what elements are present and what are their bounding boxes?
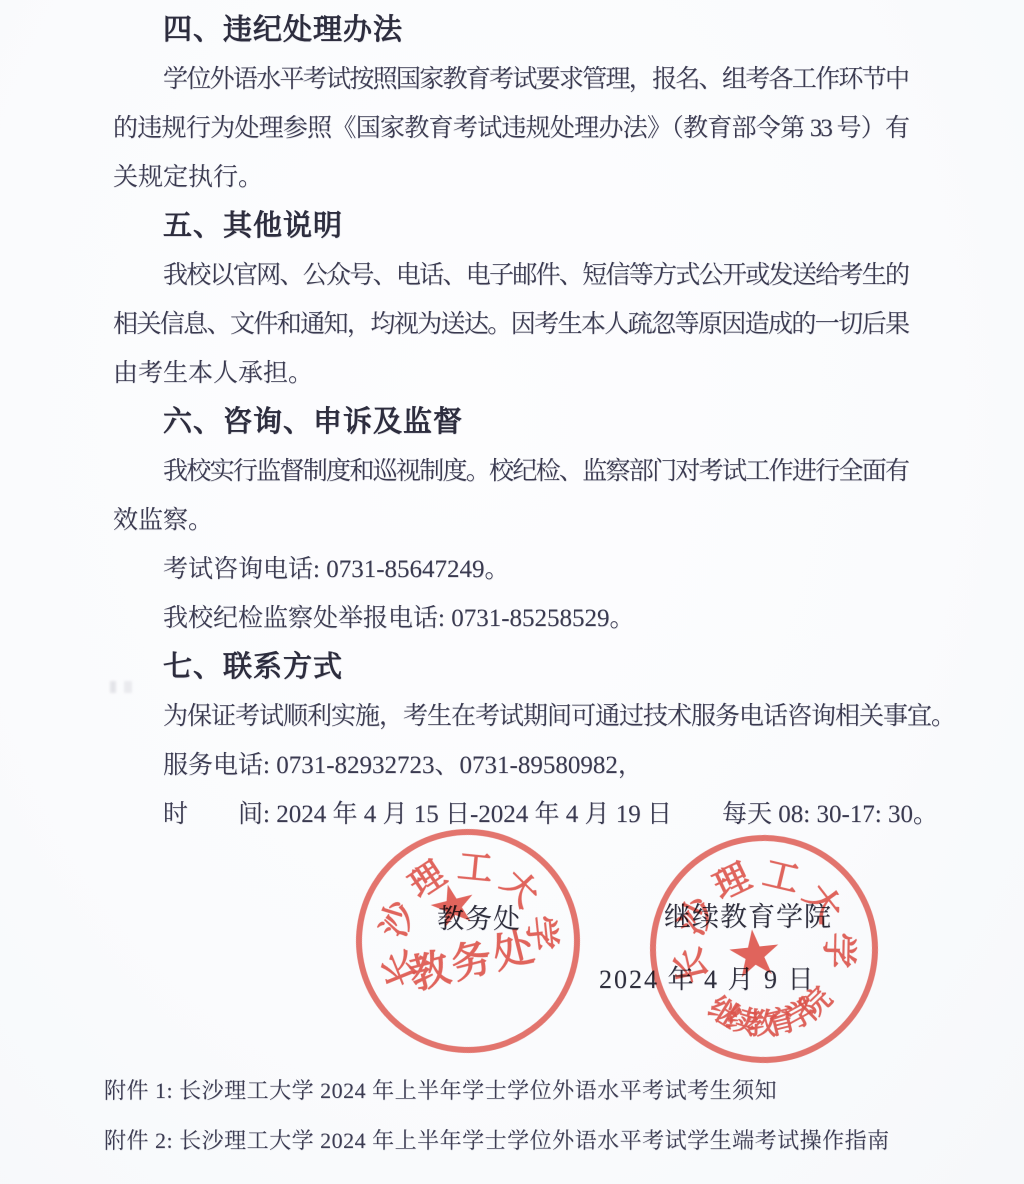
section-heading-5: 五、其他说明 bbox=[113, 202, 908, 251]
seal-star-icon: ★ bbox=[723, 920, 787, 990]
attachment-2: 附件 2: 长沙理工大学 2024 年上半年学士学位外语水平考试学生端考试操作指… bbox=[104, 1124, 890, 1155]
section-heading-6: 六、咨询、申诉及监督 bbox=[113, 398, 908, 447]
scan-artifact bbox=[110, 681, 156, 693]
section-heading-7: 七、联系方式 bbox=[113, 643, 908, 692]
seal-ring-char: 学 bbox=[815, 932, 867, 969]
body-line: 我校以官网、公众号、电话、电子邮件、短信等方式公开或发送给考生的 bbox=[113, 251, 908, 300]
exam-consult-phone-line: 考试咨询电话: 0731-85647249。 bbox=[113, 545, 908, 594]
body-line: 我校实行监督制度和巡视制度。校纪检、监察部门对考试工作进行全面有 bbox=[113, 447, 908, 496]
document-body: 四、违纪处理办法 学位外语水平考试按照国家教育考试要求管理，报名、组考各工作环节… bbox=[113, 0, 908, 839]
body-line: 学位外语水平考试按照国家教育考试要求管理，报名、组考各工作环节中 bbox=[113, 55, 908, 104]
seal-ring-char: 长 bbox=[660, 943, 718, 990]
official-seal-continuing-education: 长沙理工大学★继续教育学院 bbox=[639, 824, 890, 1075]
seal-ring-char: 大 bbox=[794, 872, 856, 932]
body-line: 由考生本人承担。 bbox=[113, 349, 908, 398]
service-phone-line: 服务电话: 0731-82932723、0731-89580982， bbox=[113, 741, 908, 790]
attachment-1: 附件 1: 长沙理工大学 2024 年上半年学士学位外语水平考试考生须知 bbox=[104, 1074, 777, 1105]
seal-ring-char: 沙 bbox=[366, 894, 424, 942]
body-line: 的违规行为处理参照《国家教育考试违规处理办法》（教育部令第 33 号）有 bbox=[113, 104, 908, 153]
service-time-line: 时 间: 2024 年 4 月 15 日-2024 年 4 月 19 日 每天 … bbox=[113, 790, 908, 839]
official-seal-academic-affairs: 长沙理工大学★教务处 bbox=[332, 805, 604, 1077]
seal-name-text: 教务处 bbox=[403, 914, 542, 1001]
seal-ring-char: 理 bbox=[704, 849, 758, 911]
section-heading-4: 四、违纪处理办法 bbox=[113, 6, 908, 55]
seal-ring-char: 大 bbox=[492, 857, 552, 917]
seal-ring-char: 沙 bbox=[664, 888, 726, 943]
body-line: 效监察。 bbox=[113, 496, 908, 545]
body-line: 相关信息、文件和通知，均视为送达。因考生本人疏忽等原因造成的一切后果 bbox=[113, 300, 908, 349]
scanned-document-page: 四、违纪处理办法 学位外语水平考试按照国家教育考试要求管理，报名、组考各工作环节… bbox=[0, 0, 1024, 1184]
seal-ring-char: 工 bbox=[758, 845, 805, 903]
body-line: 关规定执行。 bbox=[113, 153, 908, 202]
report-phone-line: 我校纪检监察处举报电话: 0731-85258529。 bbox=[113, 594, 908, 643]
body-line: 为保证考试顺利实施，考生在考试期间可通过技术服务电话咨询相关事宜。 bbox=[113, 692, 908, 741]
